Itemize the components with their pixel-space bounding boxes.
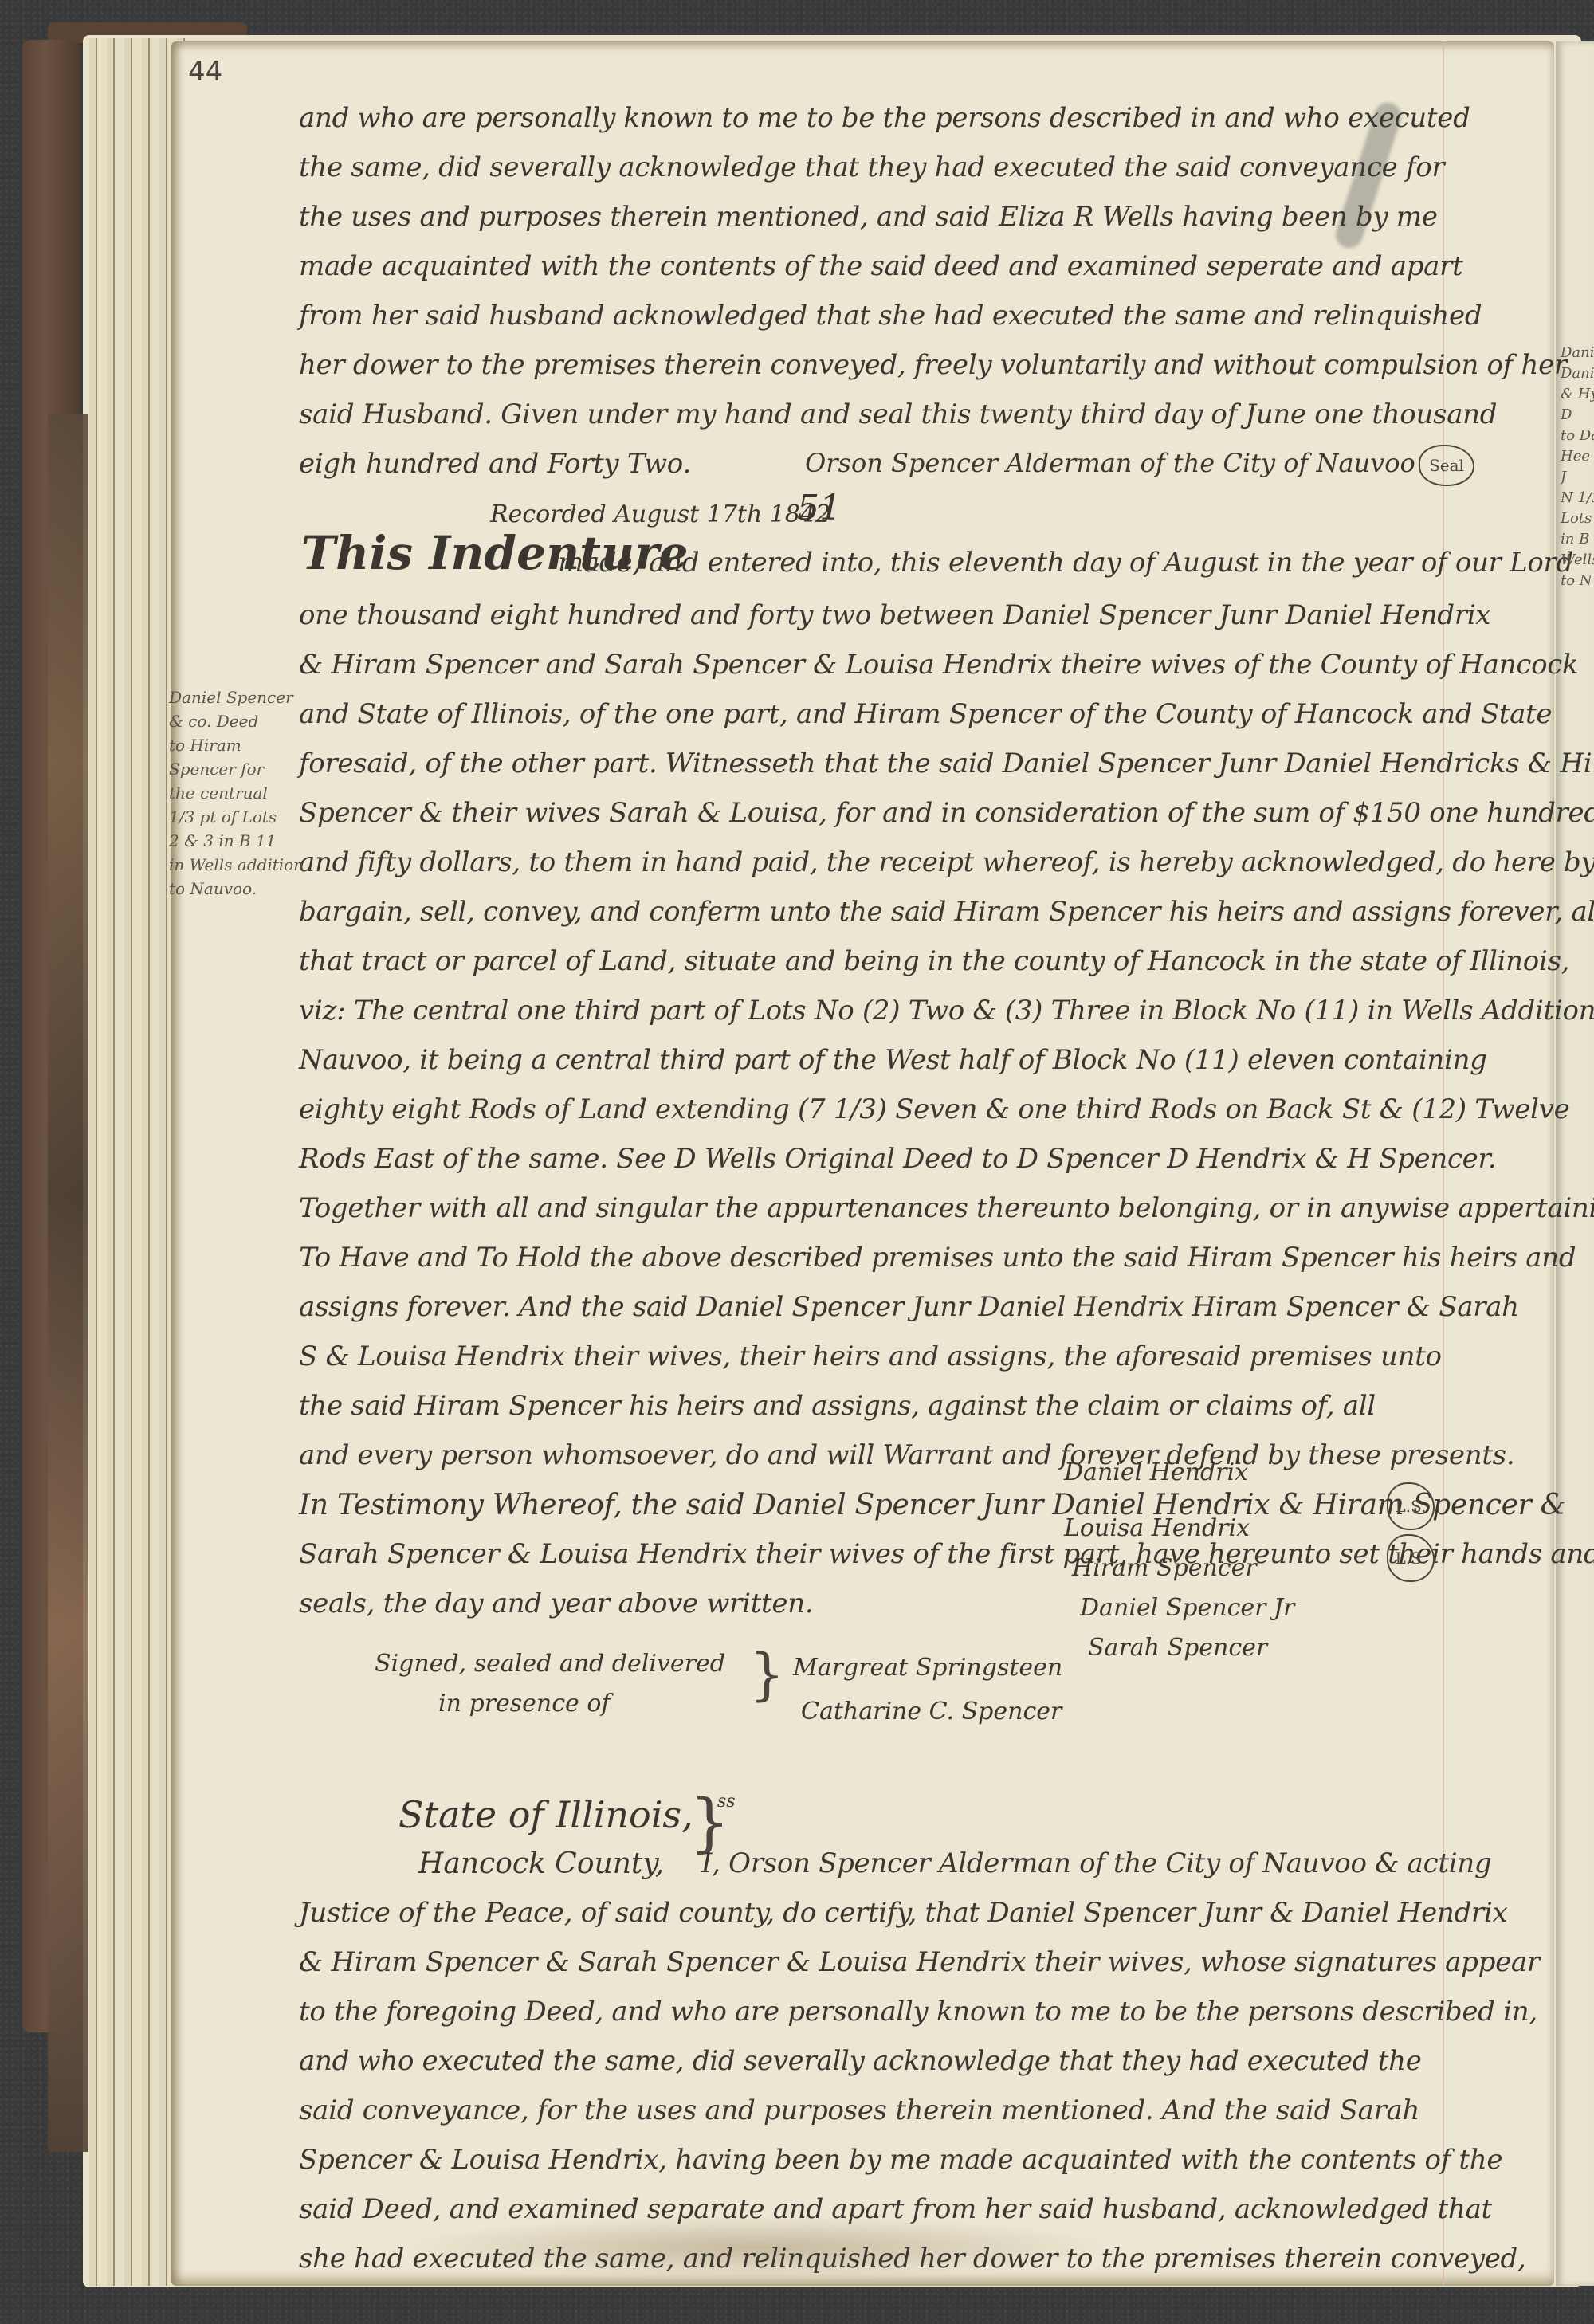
page-edges — [89, 38, 185, 2286]
text-line: Together with all and singular the appur… — [299, 1192, 1594, 1224]
seal-label: L.S. — [1396, 1497, 1427, 1516]
margin-note-line: Daniel Spencer — [169, 685, 328, 709]
margin-note-line: Wells — [1561, 550, 1594, 571]
text-line: and who executed the same, did severally… — [299, 2045, 1422, 2077]
margin-note-line: Lots — [1561, 508, 1594, 529]
seal-mark: L.S. — [1387, 1482, 1435, 1530]
margin-note: Daniel Spencer & co. Deed to Hiram Spenc… — [169, 685, 328, 901]
text-line: said conveyance, for the uses and purpos… — [299, 2094, 1419, 2126]
text-line: foresaid, of the other part. Witnesseth … — [299, 748, 1594, 779]
text-line: the said Hiram Spencer his heirs and ass… — [299, 1390, 1376, 1422]
text-line: eigh hundred and Forty Two. — [299, 448, 691, 480]
margin-note-line: D — [1561, 405, 1594, 426]
seal-label: Seal — [1429, 456, 1464, 475]
text-line: that tract or parcel of Land, situate an… — [299, 945, 1569, 977]
text-line: said Husband. Given under my hand and se… — [299, 398, 1497, 430]
text-line: from her said husband acknowledged that … — [299, 300, 1482, 332]
margin-note-line: Daniel — [1561, 363, 1594, 384]
text-line: bargain, sell, convey, and conferm unto … — [299, 896, 1594, 928]
signer-name: Hiram Spencer — [1072, 1554, 1257, 1582]
text-line: to the foregoing Deed, and who are perso… — [299, 1996, 1537, 2028]
witness-name: Margreat Springsteen — [793, 1654, 1062, 1682]
text-line: and who are personally known to me to be… — [299, 102, 1470, 134]
text-line: assigns forever. And the said Daniel Spe… — [299, 1291, 1519, 1323]
text-line: she had executed the same, and relinquis… — [299, 2243, 1526, 2275]
county-heading: Hancock County, — [418, 1847, 664, 1880]
signer-name: Daniel Spencer Jr — [1080, 1594, 1294, 1622]
margin-note-line: & co. Deed — [169, 709, 328, 733]
text-line: Spencer & Louisa Hendrix, having been by… — [299, 2144, 1502, 2176]
text-line: viz: The central one third part of Lots … — [299, 995, 1594, 1027]
text-line: made, and entered into, this eleventh da… — [558, 547, 1573, 579]
signer-name: Sarah Spencer — [1088, 1634, 1267, 1662]
state-heading: State of Illinois, — [398, 1793, 693, 1836]
text-line: I, Orson Spencer Alderman of the City of… — [701, 1847, 1491, 1879]
text-line: & Hiram Spencer and Sarah Spencer & Loui… — [299, 649, 1578, 681]
text-line: and fifty dollars, to them in hand paid,… — [299, 846, 1594, 878]
entry-number: 51 — [797, 488, 842, 528]
margin-note-line: to N — [1561, 571, 1594, 591]
text-line: & Hiram Spencer & Sarah Spencer & Louisa… — [299, 1946, 1540, 1978]
margin-note-line: in Wells addition — [169, 853, 328, 877]
margin-note-line: in B — [1561, 529, 1594, 550]
margin-note-line: 2 & 3 in B 11 — [169, 829, 328, 853]
recorded-date: Recorded August 17th 1842 — [490, 501, 830, 528]
margin-note-line: 1/3 pt of Lots — [169, 805, 328, 829]
margin-note-line: to Hiram — [169, 733, 328, 757]
seal-label: L.S. — [1396, 1549, 1427, 1568]
text-line: the uses and purposes therein mentioned,… — [299, 201, 1438, 233]
text-line: eighty eight Rods of Land extending (7 1… — [299, 1093, 1569, 1125]
text-line: made acquainted with the contents of the… — [299, 250, 1462, 282]
text-line: her dower to the premises therein convey… — [299, 349, 1567, 381]
marbled-spine-edge — [48, 414, 88, 2152]
margin-note-line: N 1/3 — [1561, 488, 1594, 508]
seal-mark: L.S. — [1387, 1534, 1435, 1582]
margin-note-line: Hee — [1561, 446, 1594, 467]
text-line: one thousand eight hundred and forty two… — [299, 599, 1490, 631]
signer-name: Louisa Hendrix — [1064, 1514, 1250, 1542]
witness-label: in presence of — [438, 1690, 610, 1717]
text-line: Rods East of the same. See D Wells Origi… — [299, 1143, 1496, 1175]
margin-note-line: Danie — [1561, 343, 1594, 363]
alderman-signature: Orson Spencer Alderman of the City of Na… — [805, 448, 1415, 478]
margin-note-line: & Hyr — [1561, 384, 1594, 405]
text-line: Nauvoo, it being a central third part of… — [299, 1044, 1487, 1076]
margin-note-line: Spencer for — [169, 757, 328, 781]
text-line: To Have and To Hold the above described … — [299, 1242, 1576, 1274]
margin-note-line: to Dan — [1561, 426, 1594, 446]
page-number: 44 — [188, 56, 222, 88]
text-line: said Deed, and examined separate and apa… — [299, 2193, 1492, 2225]
testimony-line: seals, the day and year above written. — [299, 1588, 813, 1619]
text-line: Spencer & their wives Sarah & Louisa, fo… — [299, 797, 1594, 829]
text-line: S & Louisa Hendrix their wives, their he… — [299, 1341, 1442, 1372]
seal-mark: Seal — [1419, 445, 1474, 486]
adjacent-page-margin-note: Danie Daniel & Hyr D to Dan Hee J N 1/3 … — [1561, 343, 1594, 591]
ss-mark: ss — [717, 1792, 736, 1812]
brace: } — [749, 1642, 785, 1707]
witness-label: Signed, sealed and delivered — [375, 1650, 725, 1678]
margin-note-line: J — [1561, 467, 1594, 488]
margin-note-line: to Nauvoo. — [169, 877, 328, 901]
text-line: the same, did severally acknowledge that… — [299, 151, 1444, 183]
text-line: Justice of the Peace, of said county, do… — [299, 1897, 1507, 1929]
witness-name: Catharine C. Spencer — [801, 1698, 1062, 1725]
testimony-line: In Testimony Whereof, the said Daniel Sp… — [299, 1489, 1565, 1521]
text-line: and State of Illinois, of the one part, … — [299, 698, 1552, 730]
text-line: and every person whomsoever, do and will… — [299, 1439, 1514, 1471]
margin-note-line: the centrual — [169, 781, 328, 805]
signer-name: Daniel Hendrix — [1064, 1458, 1248, 1486]
